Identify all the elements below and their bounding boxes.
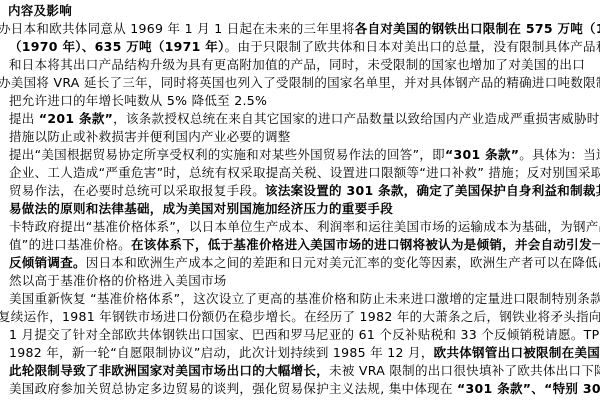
body-text: 。由于只限制了欧共体和日本对美出口的总量，没有限制具体产品和型号， <box>225 39 600 54</box>
body-text: ，该条款授权总统在来自其它国家的进口产品数量以致给国内产业造成严重损害威胁时，采… <box>113 111 600 126</box>
text-line: 把允许进口的年增长吨数从 5% 降低至 2.5% <box>0 92 600 110</box>
body-text: 因日本和欧洲生产成本之间的差距和日元对美元汇率的变化等因素，欧洲生产者可以在降低… <box>86 255 600 270</box>
body-text: 值”的进口基准价格。 <box>9 237 131 252</box>
text-line: 此轮限制导致了非欧洲国家对美国市场出口的大幅增长，未被 VRA 限制的出口很快填… <box>0 362 600 380</box>
text-line: 办日本和欧共体同意从 1969 年 1 月 1 日起在未来的三年里将各自对美国的… <box>0 20 600 38</box>
emphasis-text: （1970 年）、635 万吨（1971 年） <box>9 39 225 54</box>
body-text: 1982 年，新一轮“自愿限制协议”启动，此次计划持续到 1985 年 12 月… <box>9 345 434 360</box>
emphasis-text: 欧共体钢管出口被限制在美国总产量 <box>434 345 600 360</box>
text-line: 易做法的原则和法律基础，成为美国对别国施加经济压力的重要手段 <box>0 200 600 218</box>
body-text: 企业、工人造成“严重危害”时，总统有权采取提高关税、设置进口限额等“进口补救” … <box>9 165 600 180</box>
text-line: 1 月提交了针对全部欧共体钢铁出口国家、巴西和罗马尼亚的 61 个反补贴税和 3… <box>0 326 600 344</box>
text-line: 和日本将其出口产品结构升级为具有更高附加值的产品，同时，未受限制的国家也增加了对… <box>0 56 600 74</box>
text-line: 美国政府参加关贸总协定多边贸易的谈判，强化贸易保护主义法规, 集中体现在 “30… <box>0 380 600 398</box>
body-text: 未被 VRA 限制的出口很快填补了欧共体出口下降的空 <box>329 363 600 378</box>
body-text: 然以高于基准价格的价格进入美国市场 <box>9 273 227 288</box>
body-text: 把允许进口的年增长吨数从 5% 降低至 2.5% <box>9 93 267 108</box>
emphasis-text: “301 条款” <box>445 147 519 162</box>
emphasis-text: “201 条款” <box>39 111 113 126</box>
body-text: 和日本将其出口产品结构升级为具有更高附加值的产品，同时，未受限制的国家也增加了对… <box>9 57 585 72</box>
document-body: 办日本和欧共体同意从 1969 年 1 月 1 日起在未来的三年里将各自对美国的… <box>0 20 600 398</box>
body-text: 卡特政府提出“基准价格体系”，以日本单位生产成本、利润率和运往美国市场的运输成本… <box>9 219 600 234</box>
emphasis-text: 在该体系下，低于基准价格进入美国市场的进口钢将被认为是倾销，并会自动引发一个由 <box>131 237 600 252</box>
body-text: 提出 <box>9 111 39 126</box>
text-line: 办美国将 VRA 延长了三年，同时将英国也列入了受限制的国家名单里，并对具体钢产… <box>0 74 600 92</box>
text-line: 值”的进口基准价格。在该体系下，低于基准价格进入美国市场的进口钢将被认为是倾销，… <box>0 236 600 254</box>
text-line: 企业、工人造成“严重危害”时，总统有权采取提高关税、设置进口限额等“进口补救” … <box>0 164 600 182</box>
text-line: 贸易作法，在必要时总统可以采取报复手段。该法案设置的 301 条款，确定了美国保… <box>0 182 600 200</box>
emphasis-text: 反倾销调查。 <box>9 255 86 270</box>
body-text: 1 月提交了针对全部欧共体钢铁出口国家、巴西和罗马尼亚的 61 个反补贴税和 3… <box>9 327 600 342</box>
document-title: 内容及影响 <box>0 2 600 20</box>
body-text: 。具体为：当进口 <box>519 147 600 162</box>
text-line: （1970 年）、635 万吨（1971 年）。由于只限制了欧共体和日本对美出口… <box>0 38 600 56</box>
emphasis-text: “301 条款”、“特别 301”和 <box>457 381 600 396</box>
document-page: 内容及影响 办日本和欧共体同意从 1969 年 1 月 1 日起在未来的三年里将… <box>0 0 600 400</box>
body-text: 美国重新恢复 “基准价格体系”，这次设立了更高的基准价格和防止未来进口激增的定量… <box>9 291 600 306</box>
body-text: 贸易作法，在必要时总统可以采取报复手段。 <box>9 183 265 198</box>
text-line: 美国重新恢复 “基准价格体系”，这次设立了更高的基准价格和防止未来进口激增的定量… <box>0 290 600 308</box>
text-line: 1982 年，新一轮“自愿限制协议”启动，此次计划持续到 1985 年 12 月… <box>0 344 600 362</box>
body-text: 措施以防止或补救损害并便利国内产业必要的调整 <box>9 129 291 144</box>
emphasis-text: 此轮限制导致了非欧洲国家对美国市场出口的大幅增长， <box>9 363 329 378</box>
text-line: 措施以防止或补救损害并便利国内产业必要的调整 <box>0 128 600 146</box>
text-line: 复续运作，1981 年钢铁市场进口份额仍在稳步增长。在经历了 1982 年的大萧… <box>0 308 600 326</box>
emphasis-text: 各自对美国的钢铁出口限制在 575 万吨（1969 年） <box>355 21 600 36</box>
emphasis-text: 易做法的原则和法律基础，成为美国对别国施加经济压力的重要手段 <box>9 201 393 216</box>
text-line: 反倾销调查。因日本和欧洲生产成本之间的差距和日元对美元汇率的变化等因素，欧洲生产… <box>0 254 600 272</box>
body-text: 美国政府参加关贸总协定多边贸易的谈判，强化贸易保护主义法规, 集中体现在 <box>9 381 457 396</box>
text-line: 卡特政府提出“基准价格体系”，以日本单位生产成本、利润率和运往美国市场的运输成本… <box>0 218 600 236</box>
text-line: 提出 “201 条款”，该条款授权总统在来自其它国家的进口产品数量以致给国内产业… <box>0 110 600 128</box>
body-text: 复续运作，1981 年钢铁市场进口份额仍在稳步增长。在经历了 1982 年的大萧… <box>0 309 600 324</box>
body-text: 提出“美国根据贸易协定所享受权利的实施和对某些外国贸易作法的回答”，即 <box>9 147 445 162</box>
emphasis-text: 该法案设置的 301 条款，确定了美国保护自身利益和制裁其他国家 <box>265 183 600 198</box>
body-text: 办美国将 VRA 延长了三年，同时将英国也列入了受限制的国家名单里，并对具体钢产… <box>0 75 600 90</box>
text-line: 然以高于基准价格的价格进入美国市场 <box>0 272 600 290</box>
text-line: 提出“美国根据贸易协定所享受权利的实施和对某些外国贸易作法的回答”，即“301 … <box>0 146 600 164</box>
body-text: 办日本和欧共体同意从 1969 年 1 月 1 日起在未来的三年里将 <box>0 21 355 36</box>
